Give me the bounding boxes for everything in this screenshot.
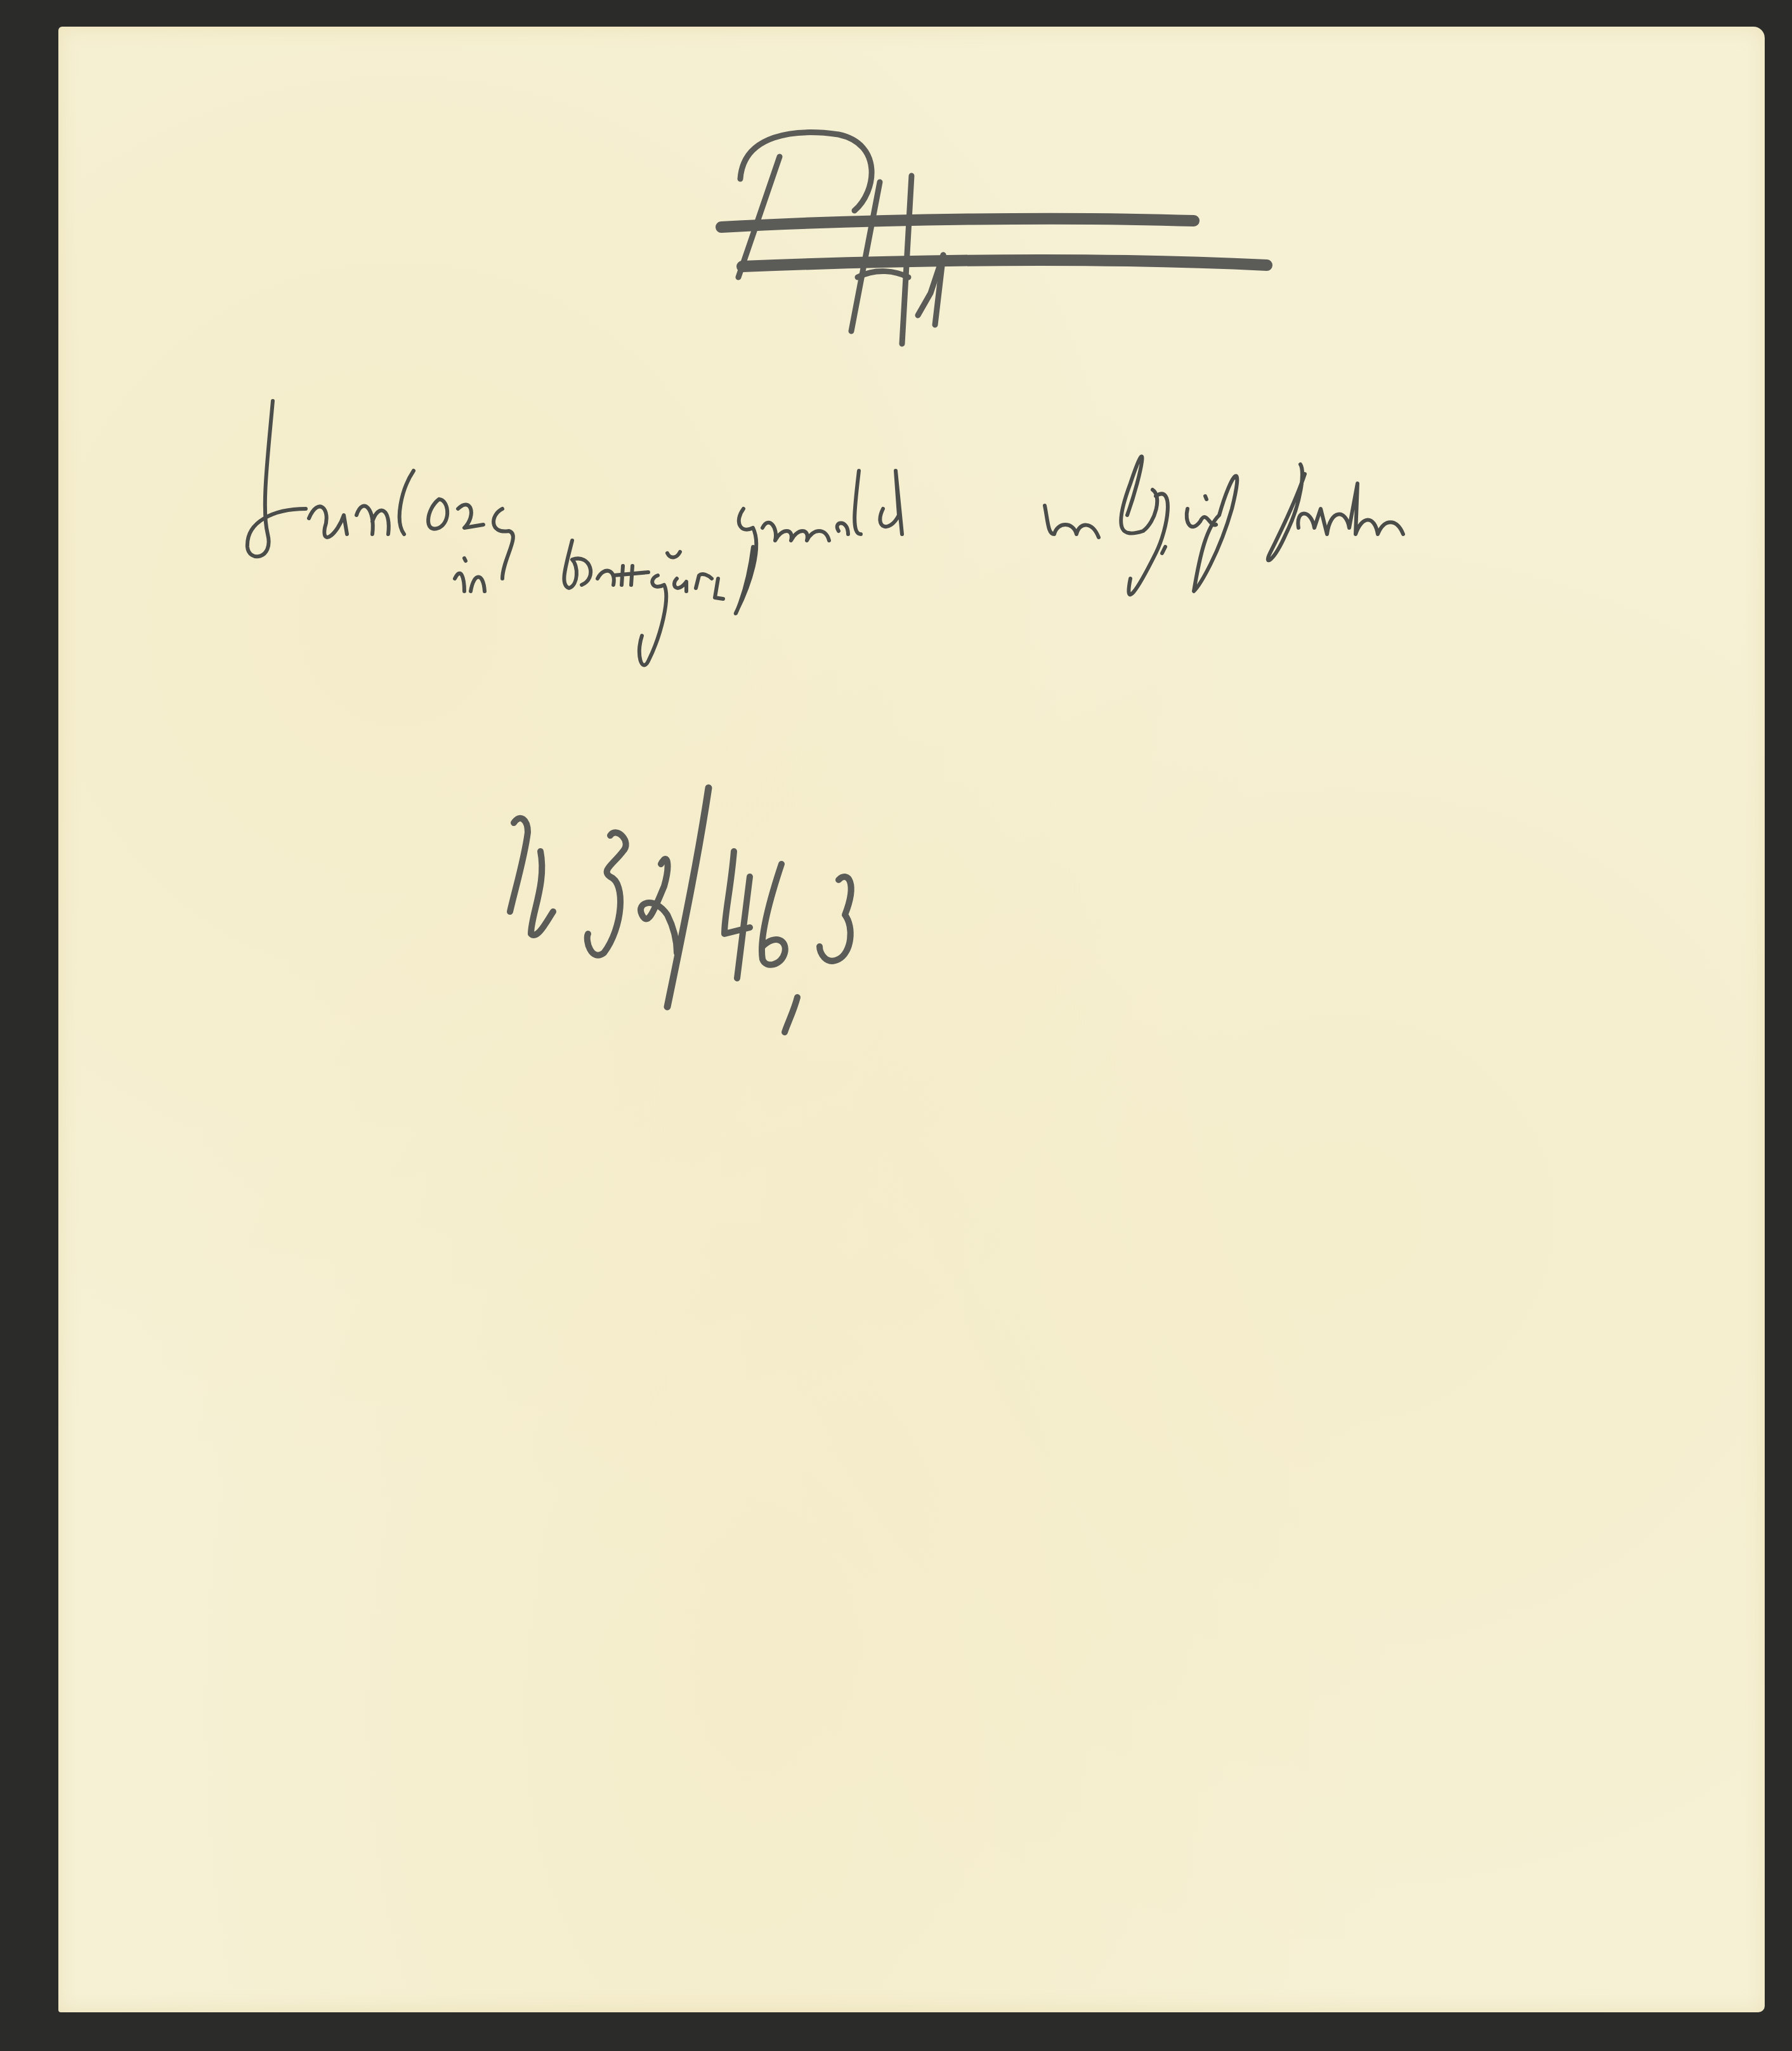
note-line-2-handwriting (455, 541, 723, 665)
note-line-1-handwriting (247, 401, 1403, 613)
paper-sheet: P 4/1 Das 1928 gemalt von Joh. Wilh. Gol… (58, 27, 1765, 2012)
inventory-number-handwriting (510, 788, 851, 1032)
handwriting-layer (58, 27, 1765, 2012)
struck-reference (721, 133, 1267, 344)
